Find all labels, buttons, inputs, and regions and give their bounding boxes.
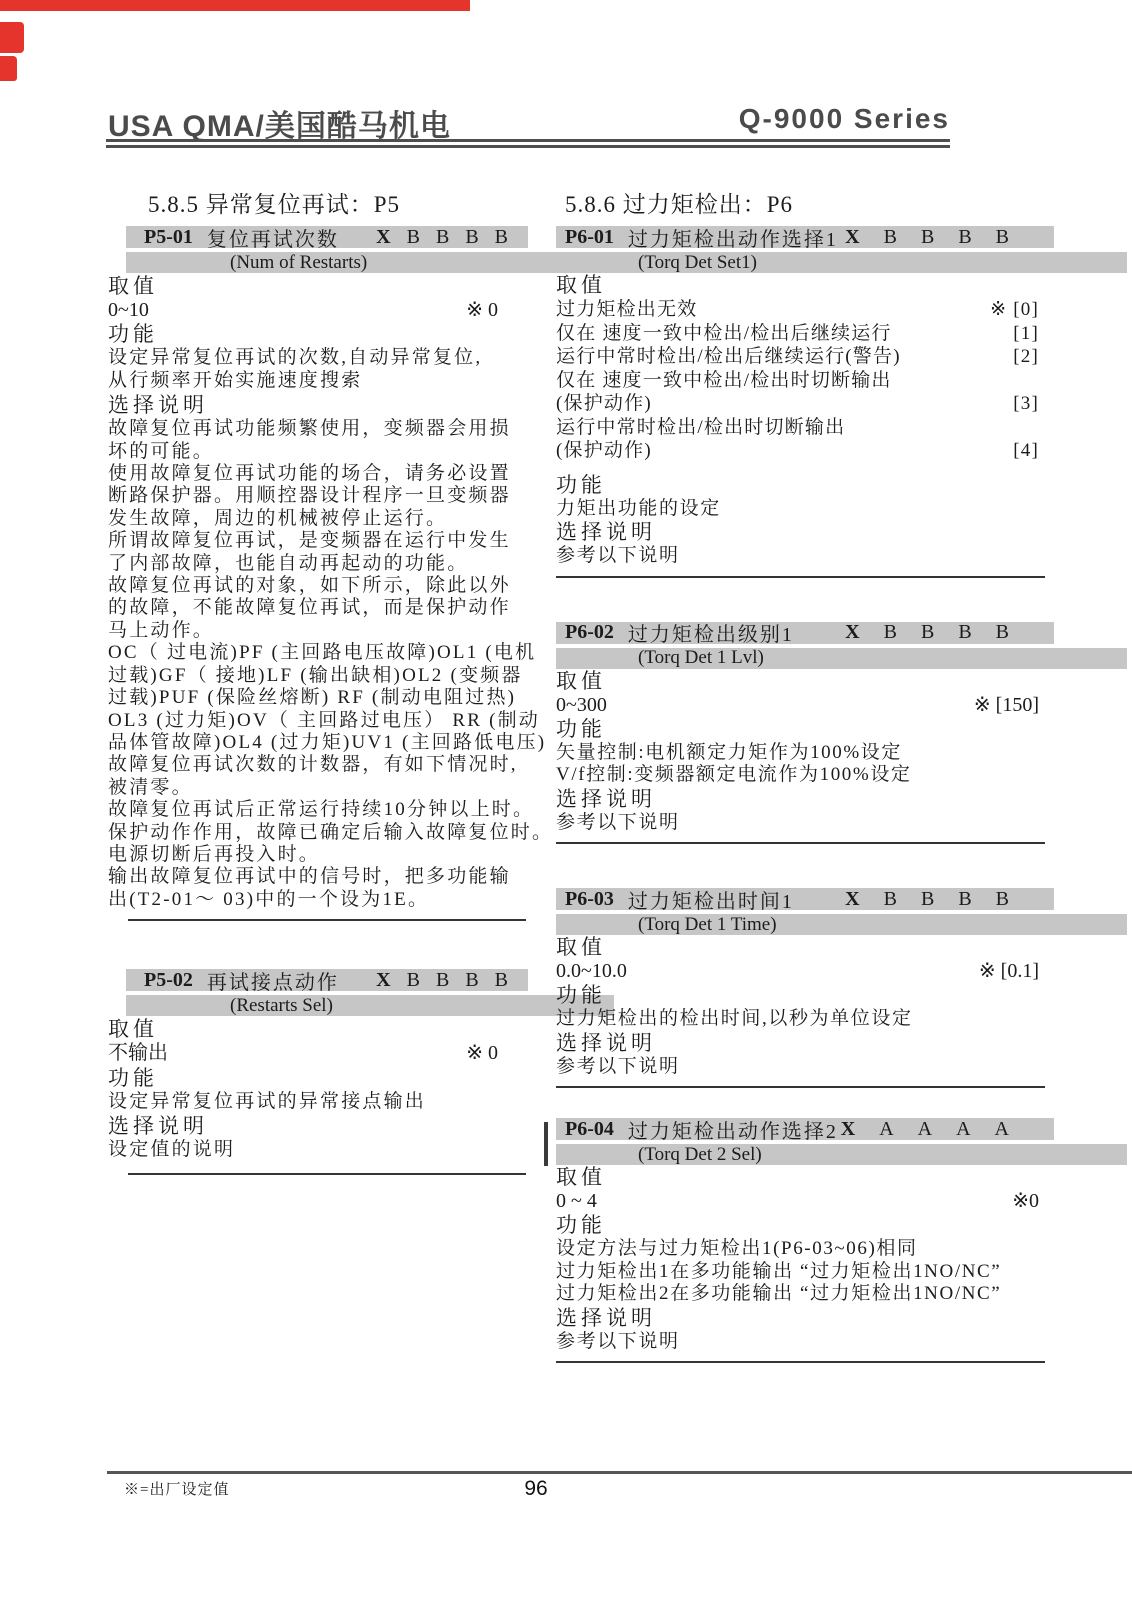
access-flag: B [884,621,897,644]
param-header-p5-02: P5-02 再试接点动作 X B B B B [126,969,528,991]
red-scan-mark-left-1 [0,22,24,53]
option-row: 运行中常时检出/检出时切断输出 [556,416,1045,440]
access-flag: X [845,226,859,249]
selection-label: 选择说明 [556,520,1045,545]
selection-label: 选择说明 [556,787,1045,812]
access-flag: B [958,226,971,249]
access-flag: A [995,1118,1009,1141]
param-code: P5-02 [144,969,193,992]
footer-rule [107,1471,1132,1474]
access-flag: B [495,969,508,992]
function-label: 功能 [556,717,1045,742]
access-flag: B [921,226,934,249]
access-flag: B [884,226,897,249]
access-flag: X [845,621,859,644]
body-line: 从行频率开始实施速度搜索 [108,370,528,392]
access-flags: X B B B B [845,226,1009,249]
body-line: V/f控制:变频器额定电流作为100%设定 [556,764,1045,787]
value-row: 0~300 ※ [150] [556,694,1045,717]
separator [128,1173,526,1175]
access-flags: X A A A A [841,1118,1009,1141]
separator [556,1361,1045,1363]
value-range: 不输出 [108,1042,168,1064]
default-value: ※ [150] [974,694,1039,717]
access-flag: B [958,888,971,911]
body-line: OC（ 过电流)PF (主回路电压故障)OL1 (电机 [108,642,528,664]
body-line: 使用故障复位再试功能的场合，请务必设置 [108,463,528,485]
body-line: 输出故障复位再试中的信号时，把多功能输 [108,866,528,888]
value-label: 取值 [556,1165,1045,1190]
param-subheader-p5-02: (Restarts Sel) [126,995,614,1016]
access-flag: B [884,888,897,911]
value-row: 0 ~ 4 ※0 [556,1190,1045,1213]
body-line: 的故障，不能故障复位再试，而是保护动作 [108,597,528,619]
value-range: 0.0~10.0 [556,960,627,983]
param-name: 过力矩检出动作选择2 [628,1115,838,1144]
page-number: 96 [486,1477,586,1501]
separator [128,919,526,921]
access-flag: A [956,1118,970,1141]
option-text: (保护动作) [556,392,652,416]
header-rule-top [106,139,950,142]
access-flag: B [921,888,934,911]
body-line: 设定异常复位再试的异常接点输出 [108,1091,528,1113]
access-flag: B [996,226,1009,249]
separator [556,576,1045,578]
selection-label: 选择说明 [556,1306,1045,1331]
body-line: 过载)GF（ 接地)LF (输出缺相)OL2 (变频器 [108,665,528,687]
option-text: 仅在 速度一致中检出/检出时切断输出 [556,369,892,393]
body-line: 故障复位再试的对象，如下所示，除此以外 [108,575,528,597]
option-row: 仅在 速度一致中检出/检出时切断输出 [556,369,1045,393]
value-label: 取值 [556,669,1045,694]
body-line: 设定异常复位再试的次数,自动异常复位, [108,347,528,369]
selection-label: 选择说明 [108,1113,528,1139]
function-label: 功能 [108,1065,528,1091]
manual-page: USA QMA/美国酷马机电 Q-9000 Series 5.8.5 异常复位再… [0,0,1132,1600]
param-en-name: (Torq Det 2 Sel) [638,1144,762,1166]
access-flag: X [376,226,390,249]
default-value: ※ 0 [466,299,498,321]
access-flag: B [407,226,420,249]
param-name: 过力矩检出动作选择1 [628,223,838,252]
function-label: 功能 [556,983,1045,1008]
section-title-585: 5.8.5 异常复位再试：P5 [108,186,528,219]
scan-artifact-mark [544,1122,548,1166]
option-value: [4] [1013,439,1039,463]
param-subheader-p6-01: (Torq Det Set1) [556,252,1127,273]
body-line: 参考以下说明 [556,1331,1045,1354]
param-name: 复位再试次数 [207,223,339,252]
access-flag: B [996,888,1009,911]
body-line: 马上动作。 [108,620,528,642]
param-code: P5-01 [144,226,193,249]
option-text: 仅在 速度一致中检出/检出后继续运行 [556,322,892,346]
option-text: 运行中常时检出/检出时切断输出 [556,416,845,440]
param-header-p6-04: P6-04 过力矩检出动作选择2 X A A A A [556,1118,1054,1140]
option-value: [1] [1013,322,1039,346]
value-range: 0 ~ 4 [556,1190,597,1213]
param-header-p6-01: P6-01 过力矩检出动作选择1 X B B B B [556,226,1054,248]
access-flag: B [958,621,971,644]
default-value: ※ 0 [466,1042,498,1064]
option-value: ※ [0] [990,298,1039,322]
value-row: 不输出 ※ 0 [108,1042,528,1064]
option-value: [3] [1013,392,1039,416]
body-line: 过力矩检出的检出时间,以秒为单位设定 [556,1008,1045,1031]
red-scan-mark-top [0,0,470,11]
body-line: 出(T2-01～ 03)中的一个设为1E。 [108,889,528,911]
section-title-586: 5.8.6 过力矩检出：P6 [556,186,1045,219]
body-line: 参考以下说明 [556,812,1045,835]
access-flags: X B B B B [376,226,508,249]
footer-note: ※=出厂设定值 [124,1478,229,1499]
body-line: 参考以下说明 [556,545,1045,568]
body-line: 设定值的说明 [108,1139,528,1161]
access-flag: B [407,969,420,992]
value-label: 取值 [108,1016,528,1042]
value-row: 0~10 ※ 0 [108,299,528,321]
body-line: 过力矩检出1在多功能输出 “过力矩检出1NO/NC” [556,1261,1045,1284]
param-subheader-p5-01: (Num of Restarts) [126,252,614,273]
access-flag: B [436,969,449,992]
param-code: P6-01 [565,226,614,249]
body-line: 坏的可能。 [108,441,528,463]
body-line: 故障复位再试功能频繁使用，变频器会用损 [108,418,528,440]
param-en-name: (Restarts Sel) [230,995,333,1017]
series-title: Q-9000 Series [739,103,950,135]
value-label: 取值 [556,273,1045,298]
function-label: 功能 [108,321,528,347]
access-flag: X [376,969,390,992]
body-line: 被清零。 [108,777,528,799]
access-flags: X B B B B [845,621,1009,644]
access-flag: X [841,1118,855,1141]
option-row: (保护动作) [3] [556,392,1045,416]
option-row: 仅在 速度一致中检出/检出后继续运行 [1] [556,322,1045,346]
option-row: 过力矩检出无效 ※ [0] [556,298,1045,322]
default-value: ※0 [1012,1190,1039,1213]
body-line: 矢量控制:电机额定力矩作为100%设定 [556,742,1045,765]
param-en-name: (Num of Restarts) [230,252,367,274]
option-row: 运行中常时检出/检出后继续运行(警告) [2] [556,345,1045,369]
param-header-p6-02: P6-02 过力矩检出级别1 X B B B B [556,622,1054,644]
access-flag: B [465,226,478,249]
default-value: ※ [0.1] [979,960,1039,983]
param-subheader-p6-02: (Torq Det 1 Lvl) [556,648,1127,669]
access-flag: B [436,226,449,249]
left-column: 5.8.5 异常复位再试：P5 P5-01 复位再试次数 X B B B B (… [108,186,528,1175]
separator [556,842,1045,844]
param-en-name: (Torq Det 1 Time) [638,914,777,936]
param-code: P6-03 [565,888,614,911]
body-line: 所谓故障复位再试，是变频器在运行中发生 [108,530,528,552]
body-line: 故障复位再试次数的计数器，有如下情况时, [108,754,528,776]
param-name: 过力矩检出时间1 [628,885,794,914]
body-line: 过载)PUF (保险丝熔断) RF (制动电阻过热) [108,687,528,709]
param-name: 再试接点动作 [207,966,339,995]
param-header-p5-01: P5-01 复位再试次数 X B B B B [126,226,528,248]
access-flag: B [495,226,508,249]
option-text: 运行中常时检出/检出后继续运行(警告) [556,345,901,369]
param-code: P6-04 [565,1118,614,1141]
separator [556,1086,1045,1088]
access-flag: A [918,1118,932,1141]
param-subheader-p6-04: (Torq Det 2 Sel) [556,1144,1127,1165]
access-flag: A [879,1118,893,1141]
body-line: 力矩出功能的设定 [556,498,1045,521]
selection-label: 选择说明 [108,392,528,418]
body-line: 设定方法与过力矩检出1(P6-03~06)相同 [556,1238,1045,1261]
param-subheader-p6-03: (Torq Det 1 Time) [556,914,1127,935]
access-flag: X [845,888,859,911]
selection-label: 选择说明 [556,1031,1045,1056]
access-flag: B [921,621,934,644]
body-line: 断路保护器。用顺控器设计程序一旦变频器 [108,485,528,507]
body-line: OL3 (过力矩)OV（ 主回路过电压） RR (制动 [108,710,528,732]
access-flags: X B B B B [845,888,1009,911]
value-row: 0.0~10.0 ※ [0.1] [556,960,1045,983]
value-label: 取值 [556,935,1045,960]
param-code: P6-02 [565,621,614,644]
function-label: 功能 [556,1213,1045,1238]
body-line: 过力矩检出2在多功能输出 “过力矩检出1NO/NC” [556,1283,1045,1306]
access-flag: B [996,621,1009,644]
right-column: 5.8.6 过力矩检出：P6 P6-01 过力矩检出动作选择1 X B B B … [556,186,1045,1363]
body-line: 保护动作作用，故障已确定后输入故障复位时。 [108,822,528,844]
option-value: [2] [1013,345,1039,369]
body-line: 故障复位再试后正常运行持续10分钟以上时。 [108,799,528,821]
header-rule-bottom [106,145,950,148]
body-line: 参考以下说明 [556,1056,1045,1079]
param-name: 过力矩检出级别1 [628,618,794,647]
red-scan-mark-left-2 [0,56,17,81]
param-en-name: (Torq Det 1 Lvl) [638,647,764,669]
value-range: 0~10 [108,299,149,321]
param-en-name: (Torq Det Set1) [638,252,757,274]
access-flag: B [465,969,478,992]
body-line: 了内部故障，也能自动再起动的功能。 [108,553,528,575]
body-line: 发生故障，周边的机械被停止运行。 [108,508,528,530]
option-text: (保护动作) [556,439,652,463]
value-range: 0~300 [556,694,607,717]
body-line: 品体管故障)OL4 (过力矩)UV1 (主回路低电压) [108,732,528,754]
value-label: 取值 [108,273,528,299]
body-line: 电源切断后再投入时。 [108,844,528,866]
option-row: (保护动作) [4] [556,439,1045,463]
option-text: 过力矩检出无效 [556,298,697,322]
param-header-p6-03: P6-03 过力矩检出时间1 X B B B B [556,888,1054,910]
access-flags: X B B B B [376,969,508,992]
function-label: 功能 [556,473,1045,498]
